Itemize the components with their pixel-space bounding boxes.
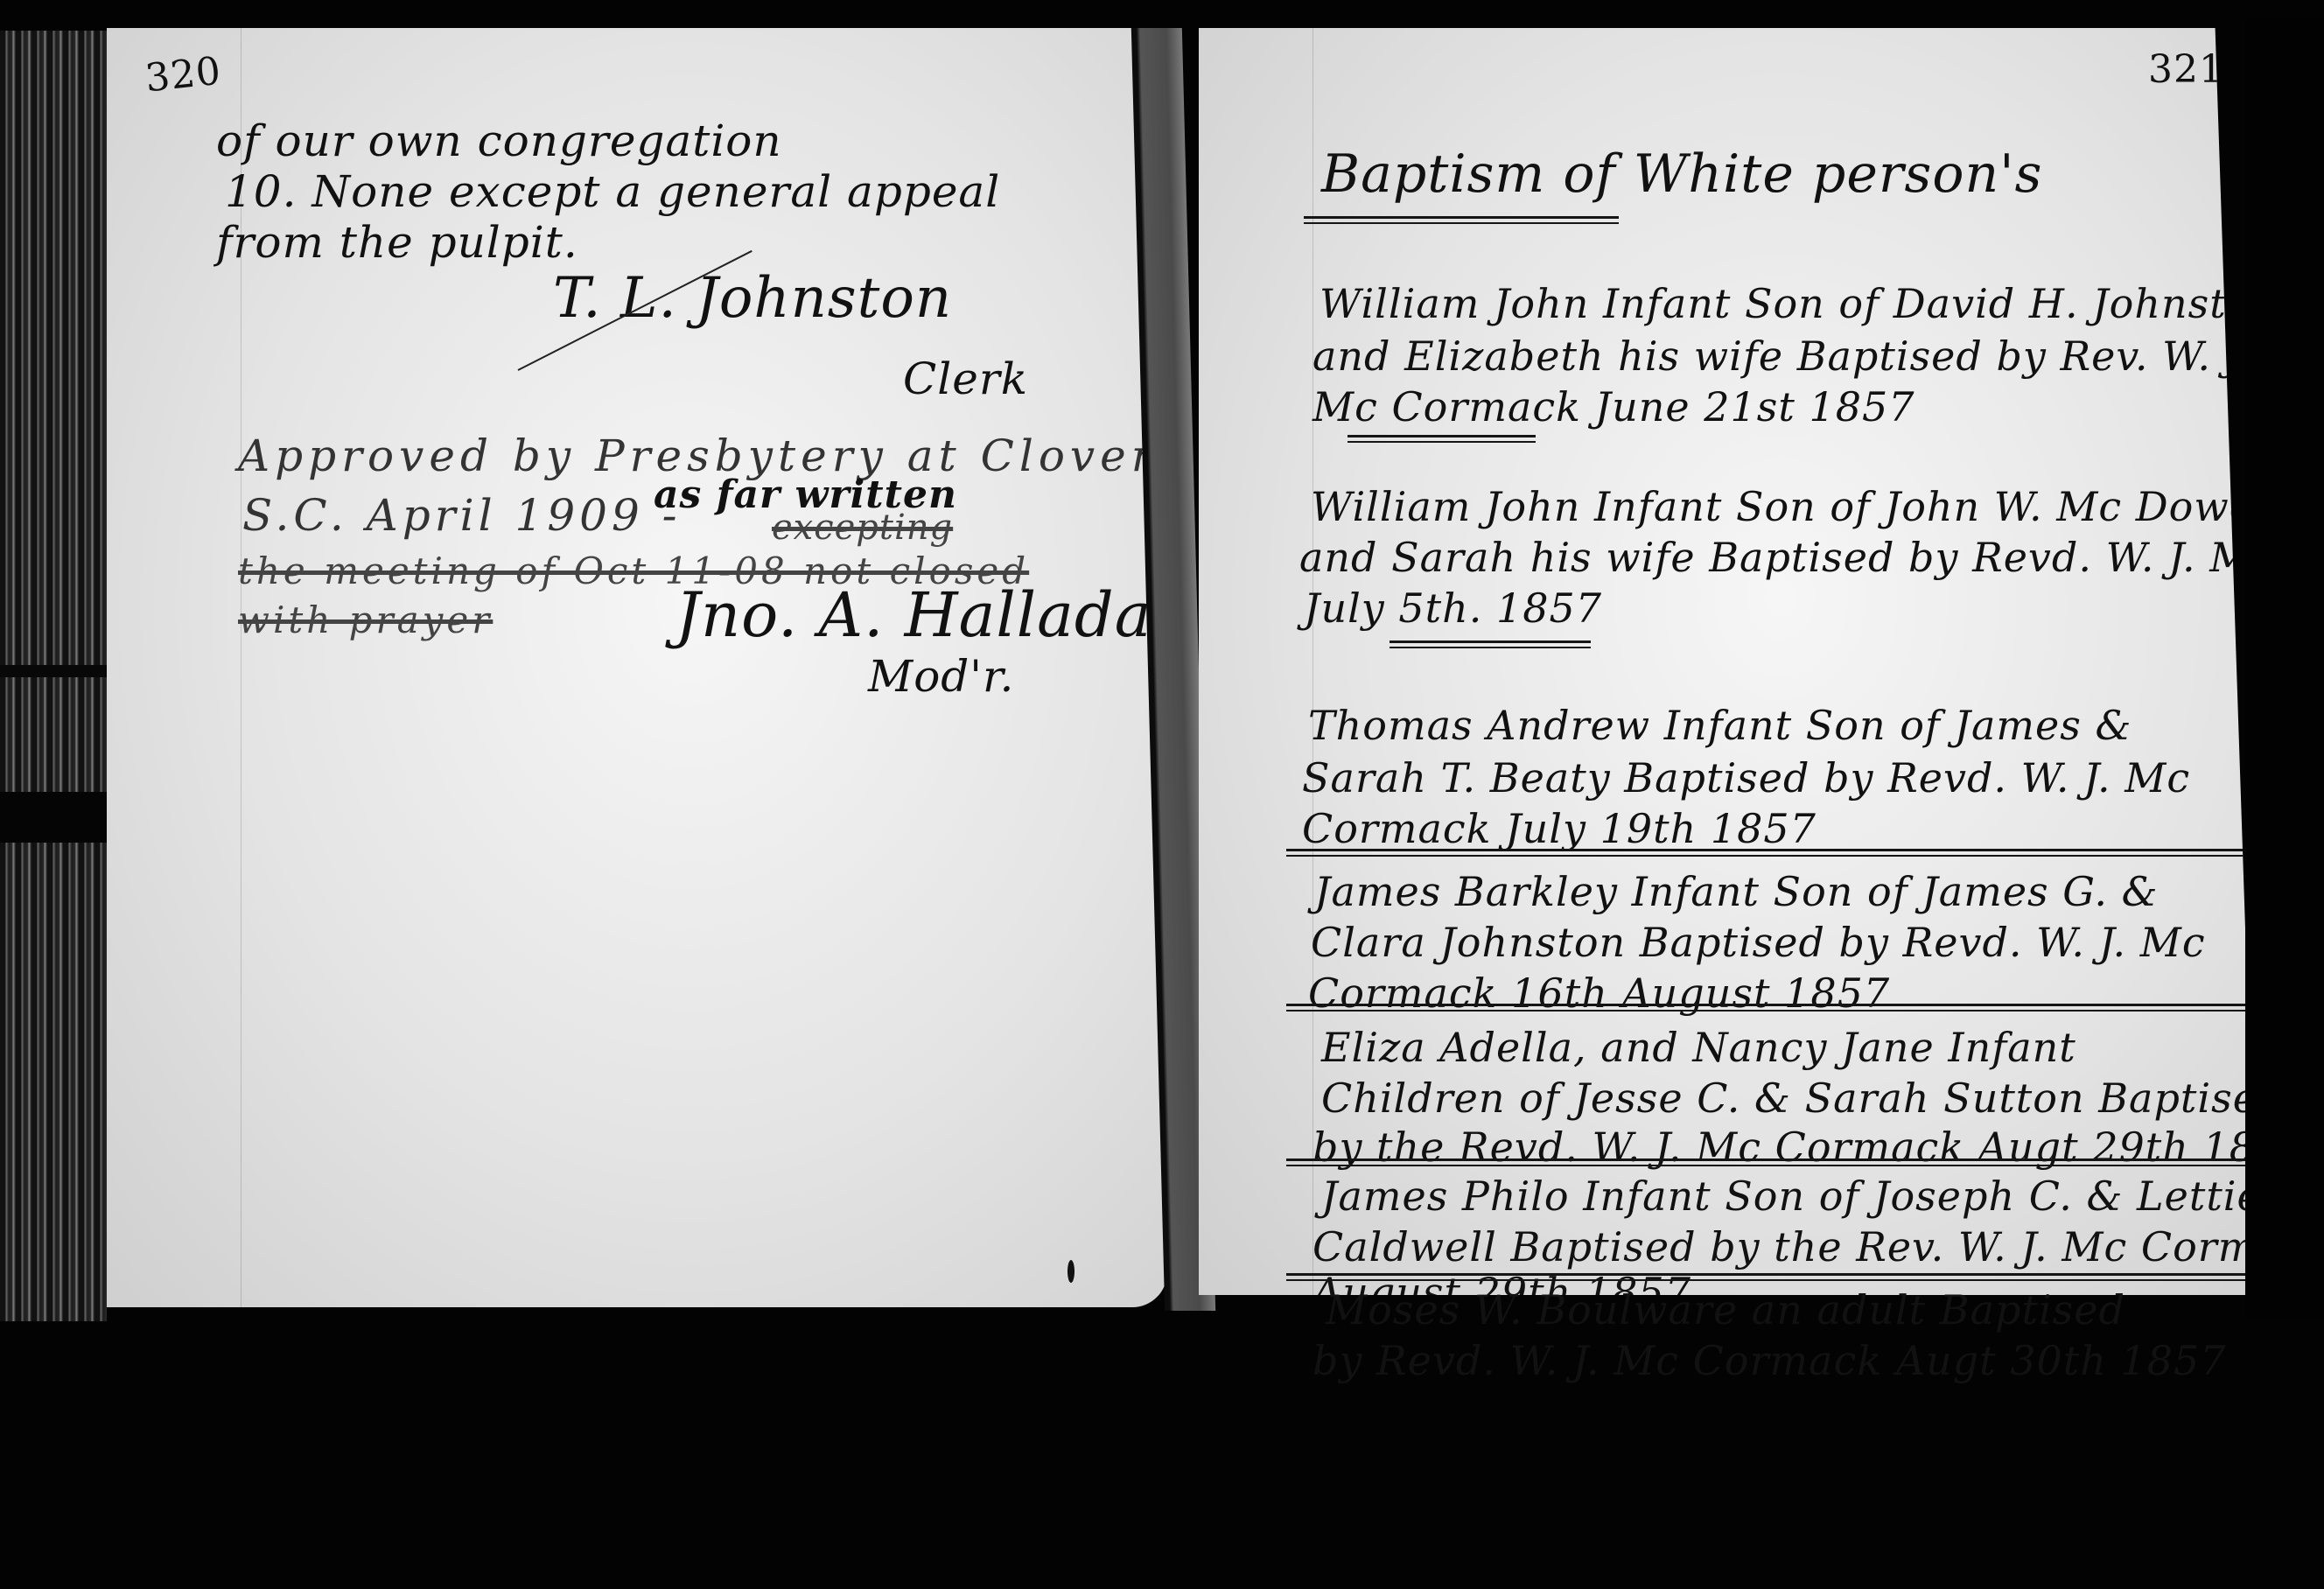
page-number: 320 [143, 49, 224, 101]
binding-clip-upper [0, 665, 112, 677]
entry-line: Eliza Adella, and Nancy Jane Infant [1321, 1024, 2076, 1071]
entry-line: and Elizabeth his wife Baptised by Rev. … [1312, 332, 2252, 380]
clerk-title: Clerk [903, 353, 1028, 404]
entry-line: Moses W. Boulware an adult Baptised [1326, 1286, 2125, 1333]
entry-line: William John Infant Son of John W. Mc Do… [1311, 483, 2281, 530]
entry-divider [1286, 849, 2275, 857]
entry-line: Caldwell Baptised by the Rev. W. J. Mc C… [1312, 1223, 2324, 1270]
struck-text: with prayer [238, 598, 493, 641]
entry-line: Mc Cormack June 21st 1857 [1312, 383, 1915, 430]
entry-line: Sarah T. Beaty Baptised by Revd. W. J. M… [1302, 754, 2190, 801]
entry-line: Clara Johnston Baptised by Revd. W. J. M… [1311, 919, 2206, 966]
left-page: 320 of our own congregation 10. None exc… [107, 28, 1167, 1307]
entry-divider [1347, 435, 1536, 443]
entry-line: Children of Jesse C. & Sarah Sutton Bapt… [1321, 1074, 2284, 1122]
approval-line: S.C. April 1909 - [242, 490, 682, 541]
page-number: 321 [2148, 47, 2224, 92]
entry-line: James Barkley Infant Son of James G. & [1314, 868, 2159, 915]
register-spread: 320 of our own congregation 10. None exc… [0, 0, 2324, 1589]
entry-line: James Philo Infant Son of Joseph C. & Le… [1321, 1172, 2262, 1220]
text-line: from the pulpit. [216, 217, 578, 268]
struck-text: excepting [772, 507, 953, 548]
page-heading: Baptism of White person's [1321, 143, 2042, 205]
moderator-signature: Jno. A. Halladay [675, 579, 1187, 651]
entry-divider [1389, 640, 1591, 648]
entry-line: William John Infant Son of David H. John… [1319, 280, 2278, 327]
entry-line: Thomas Andrew Infant Son of James & [1308, 702, 2131, 749]
entry-line: and Sarah his wife Baptised by Revd. W. … [1299, 534, 2324, 581]
text-line: of our own congregation [216, 115, 782, 166]
heading-underline [1304, 216, 1619, 224]
entry-line: Cormack July 19th 1857 [1302, 805, 1816, 852]
entry-line: by Revd. W. J. Mc Cormack Augt 30th 1857 [1312, 1337, 2227, 1384]
entry-line: July 5th. 1857 [1304, 584, 1602, 632]
entry-divider [1286, 1004, 2275, 1011]
right-page: 321 Baptism of White person's William Jo… [1199, 28, 2257, 1295]
text-line: 10. None except a general appeal [225, 166, 1000, 217]
moderator-title: Mod'r. [868, 651, 1014, 702]
entry-divider [1286, 1158, 2275, 1166]
entry-divider [1286, 1273, 2275, 1281]
page-shadow [2245, 17, 2324, 1321]
ink-mark [1067, 1260, 1074, 1283]
